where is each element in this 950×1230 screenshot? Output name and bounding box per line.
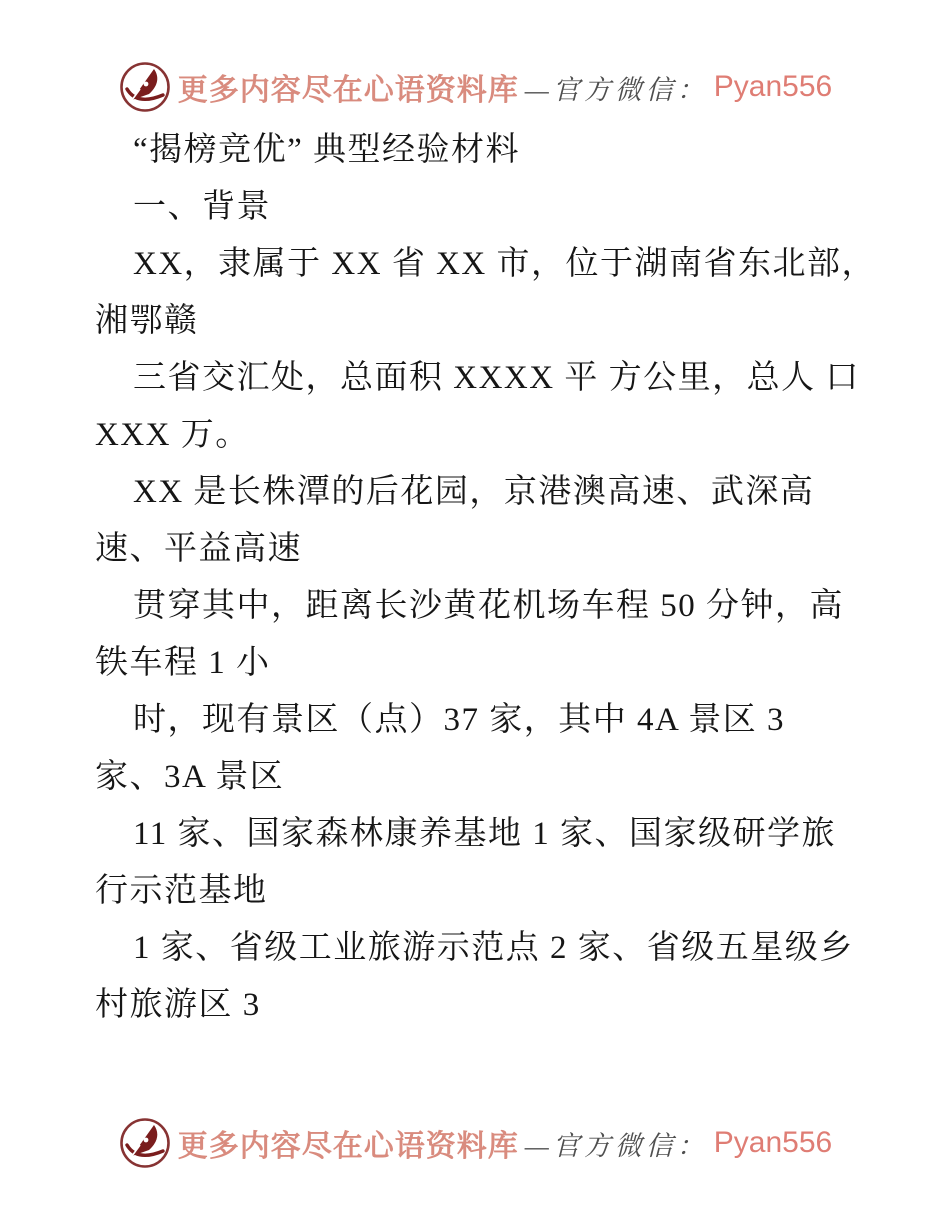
document-page: “揭榜竞优” 典型经验材料 一、背景 XX，隶属于 XX 省 XX 市，位于湖南… — [95, 122, 855, 1034]
document-line: XX 是长株潭的后花园，京港澳高速、武深高 — [95, 464, 855, 521]
watermark-wechat-label: —官方微信： — [525, 1124, 708, 1163]
document-line: 家、3A 景区 — [95, 749, 855, 806]
watermark-brand-text: 更多内容尽在心语资料库 — [178, 65, 519, 109]
footer-watermark: 更多内容尽在心语资料库 —官方微信： Pyan556 — [0, 1116, 950, 1170]
document-line: 村旅游区 3 — [95, 977, 855, 1034]
header-watermark: 更多内容尽在心语资料库 —官方微信： Pyan556 — [0, 60, 950, 114]
document-line: 贯穿其中，距离长沙黄花机场车程 50 分钟，高 — [95, 578, 855, 635]
watermark-brand-text: 更多内容尽在心语资料库 — [178, 1121, 519, 1165]
document-line: 三省交汇处，总面积 XXXX 平 方公里，总人 口 — [95, 350, 855, 407]
document-line: 行示范基地 — [95, 863, 855, 920]
pen-emblem-icon — [118, 60, 172, 114]
document-line: XXX 万。 — [95, 407, 855, 464]
watermark-wechat-label: —官方微信： — [525, 68, 708, 107]
document-line: 湘鄂赣 — [95, 293, 855, 350]
document-title: “揭榜竞优” 典型经验材料 — [95, 122, 855, 179]
document-line: 1 家、省级工业旅游示范点 2 家、省级五星级乡 — [95, 920, 855, 977]
watermark-wechat-account: Pyan556 — [714, 1126, 832, 1160]
document-line: 时，现有景区（点）37 家，其中 4A 景区 3 — [95, 692, 855, 749]
pen-emblem-icon — [118, 1116, 172, 1170]
watermark-wechat-account: Pyan556 — [714, 70, 832, 104]
document-line: 铁车程 1 小 — [95, 635, 855, 692]
document-line: 11 家、国家森林康养基地 1 家、国家级研学旅 — [95, 806, 855, 863]
document-line: XX，隶属于 XX 省 XX 市，位于湖南省东北部， — [95, 236, 855, 293]
document-line: 速、平益高速 — [95, 521, 855, 578]
section-heading: 一、背景 — [95, 179, 855, 236]
